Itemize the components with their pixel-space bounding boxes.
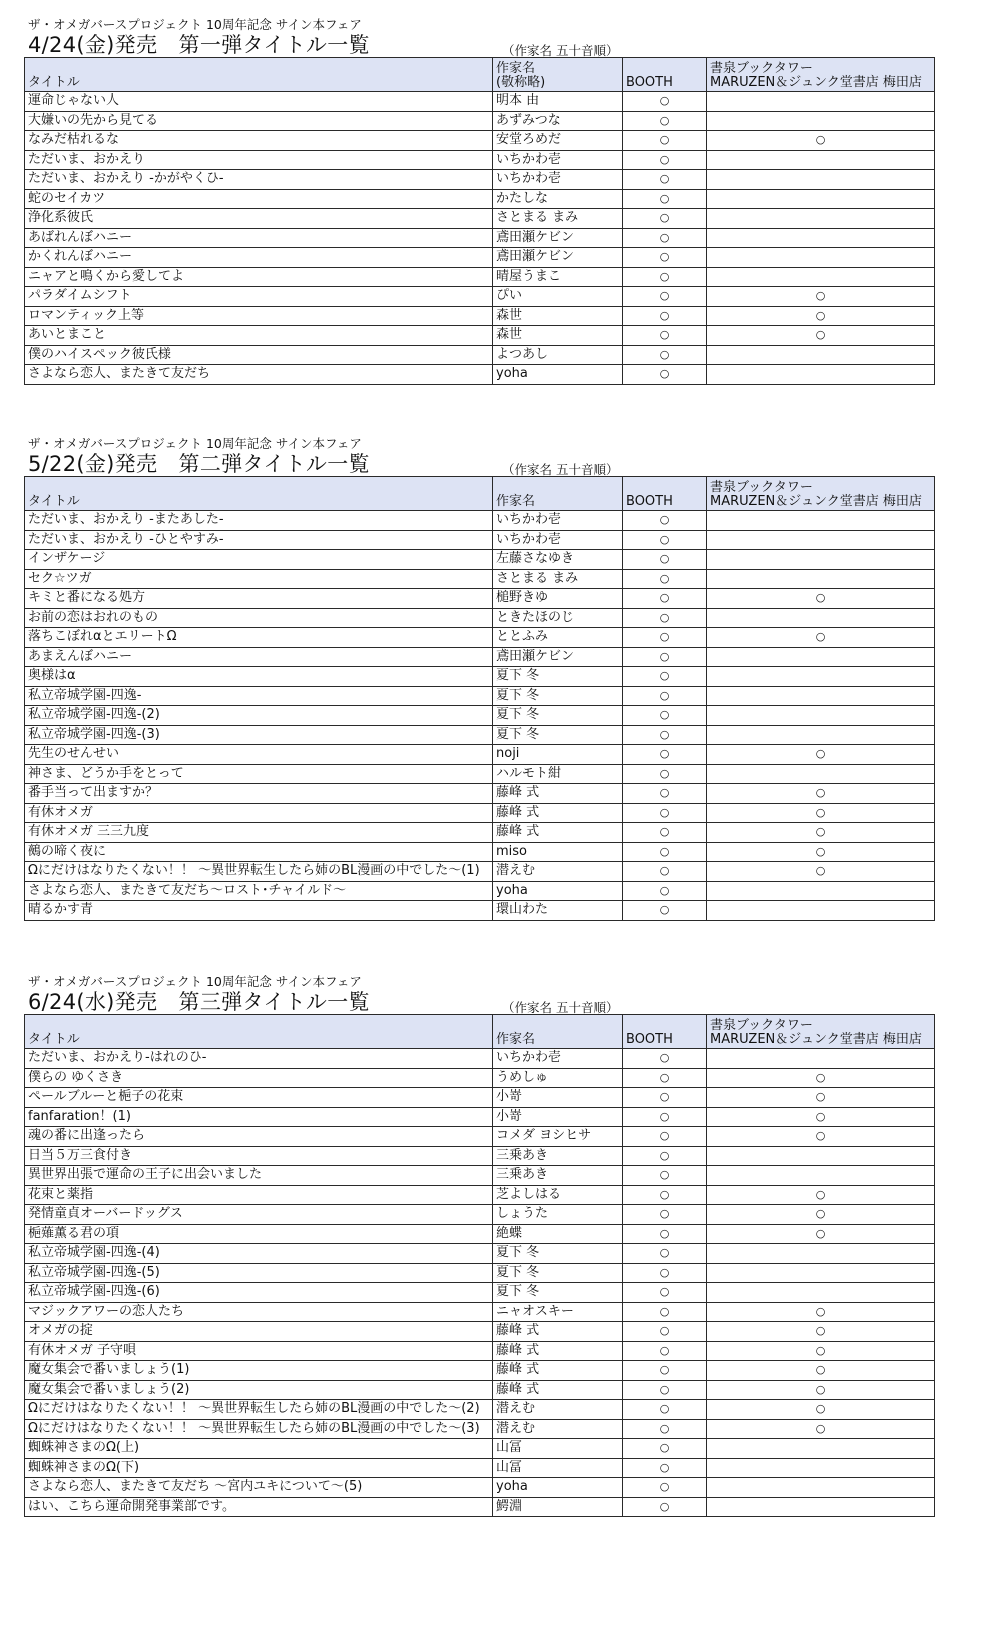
booth-availability-mark: ○ <box>623 608 707 628</box>
book-title: Ωにだけはなりたくない！！ ～異世界転生したら姉のBL漫画の中でした～(1) <box>25 862 493 882</box>
table-row: さよなら恋人、またきて友だちyoha○ <box>25 365 935 385</box>
book-title: 発情童貞オーバードッグス <box>25 1205 493 1225</box>
book-title: ロマンティック上等 <box>25 306 493 326</box>
table-row: あばれんぼハニー鳶田瀬ケビン○ <box>25 228 935 248</box>
author-name: コメダ ヨシヒサ <box>493 1127 623 1147</box>
booth-availability-mark: ○ <box>623 306 707 326</box>
store-availability-mark <box>707 228 935 248</box>
book-title: キミと番になる処方 <box>25 589 493 609</box>
booth-availability-mark: ○ <box>623 686 707 706</box>
booth-availability-mark: ○ <box>623 647 707 667</box>
booth-availability-mark: ○ <box>623 1107 707 1127</box>
author-name: ぴい <box>493 287 623 307</box>
booth-availability-mark: ○ <box>623 1341 707 1361</box>
book-title: ただいま、おかえり -かがやくひ- <box>25 170 493 190</box>
store-name-line2: MARUZEN＆ジュンク堂書店 梅田店 <box>710 1033 931 1047</box>
booth-availability-mark: ○ <box>623 1049 707 1069</box>
table-row: 落ちこぼれαとエリートΩととふみ○○ <box>25 628 935 648</box>
book-title: ただいま、おかえり-はれのひ- <box>25 1049 493 1069</box>
author-name: 鳶田瀬ケビン <box>493 647 623 667</box>
booth-availability-mark: ○ <box>623 1088 707 1108</box>
author-name: かたしな <box>493 189 623 209</box>
booth-availability-mark: ○ <box>623 365 707 385</box>
store-availability-mark: ○ <box>707 1068 935 1088</box>
store-availability-mark <box>707 189 935 209</box>
author-name: 森世 <box>493 306 623 326</box>
store-availability-mark <box>707 608 935 628</box>
table-row: 私立帝城学園-四逸-夏下 冬○ <box>25 686 935 706</box>
store-availability-mark <box>707 706 935 726</box>
author-name: 夏下 冬 <box>493 1244 623 1264</box>
author-name: しょうた <box>493 1205 623 1225</box>
store-name-line2: MARUZEN＆ジュンク堂書店 梅田店 <box>710 76 931 90</box>
store-availability-mark: ○ <box>707 1322 935 1342</box>
book-title: 有休オメガ <box>25 803 493 823</box>
booth-availability-mark: ○ <box>623 1458 707 1478</box>
booth-availability-mark: ○ <box>623 550 707 570</box>
table-row: ロマンティック上等森世○○ <box>25 306 935 326</box>
author-name: 山冨 <box>493 1439 623 1459</box>
booth-availability-mark: ○ <box>623 1497 707 1517</box>
store-availability-mark <box>707 1049 935 1069</box>
column-header-store: 書泉ブックタワーMARUZEN＆ジュンク堂書店 梅田店 <box>707 1015 935 1049</box>
store-availability-mark: ○ <box>707 1088 935 1108</box>
table-row: 有休オメガ 子守唄藤峰 式○○ <box>25 1341 935 1361</box>
table-row: 魂の番に出逢ったらコメダ ヨシヒサ○○ <box>25 1127 935 1147</box>
table-row: あいとまこと森世○○ <box>25 326 935 346</box>
booth-availability-mark: ○ <box>623 745 707 765</box>
book-title: さよなら恋人、またきて友だち ～宮内ユキについて～(5) <box>25 1478 493 1498</box>
table-row: 有休オメガ藤峰 式○○ <box>25 803 935 823</box>
table-row: 私立帝城学園-四逸-(3)夏下 冬○ <box>25 725 935 745</box>
book-title: 落ちこぼれαとエリートΩ <box>25 628 493 648</box>
author-name: 潜えむ <box>493 862 623 882</box>
author-name: 鳶田瀬ケビン <box>493 228 623 248</box>
booth-availability-mark: ○ <box>623 667 707 687</box>
book-title: ニャアと鳴くから愛してよ <box>25 267 493 287</box>
booth-availability-mark: ○ <box>623 511 707 531</box>
author-name: ととふみ <box>493 628 623 648</box>
booth-availability-mark: ○ <box>623 1302 707 1322</box>
table-row: 運命じゃない人明本 由○ <box>25 92 935 112</box>
author-name: yoha <box>493 1478 623 1498</box>
store-availability-mark <box>707 569 935 589</box>
store-availability-mark <box>707 667 935 687</box>
table-row: セク☆ツガさとまる まみ○ <box>25 569 935 589</box>
author-name: 藤峰 式 <box>493 1361 623 1381</box>
store-name-line1: 書泉ブックタワー <box>710 1019 931 1033</box>
store-availability-mark <box>707 248 935 268</box>
author-name: noji <box>493 745 623 765</box>
booth-availability-mark: ○ <box>623 1380 707 1400</box>
order-note: （作家名 五十音順） <box>502 41 618 59</box>
table-row: さよなら恋人、またきて友だち～ロスト･チャイルド～yoha○ <box>25 881 935 901</box>
store-availability-mark <box>707 1146 935 1166</box>
book-title: fanfaration！(1) <box>25 1107 493 1127</box>
fair-subtitle: ザ・オメガバースプロジェクト 10周年記念 サイン本フェア <box>28 436 934 452</box>
store-availability-mark <box>707 92 935 112</box>
table-row: 異世界出張で運命の王子に出会いました三乗あき○ <box>25 1166 935 1186</box>
table-row: ただいま、おかえりいちかわ壱○ <box>25 150 935 170</box>
book-title: 有休オメガ 子守唄 <box>25 1341 493 1361</box>
column-header-author: 作家名(敬称略) <box>493 58 623 92</box>
store-availability-mark: ○ <box>707 1419 935 1439</box>
table-row: 大嫌いの先から見てるあずみつな○ <box>25 111 935 131</box>
table-row: Ωにだけはなりたくない！！ ～異世界転生したら姉のBL漫画の中でした～(3)潜え… <box>25 1419 935 1439</box>
title-table: タイトル作家名BOOTH書泉ブックタワーMARUZEN＆ジュンク堂書店 梅田店 … <box>24 476 935 921</box>
book-title: なみだ枯れるな <box>25 131 493 151</box>
store-availability-mark <box>707 1497 935 1517</box>
author-name: 小嵜 <box>493 1088 623 1108</box>
author-name: さとまる まみ <box>493 209 623 229</box>
table-row: 番手当って出ますか？藤峰 式○○ <box>25 784 935 804</box>
book-title: はい、こちら運命開発事業部です。 <box>25 1497 493 1517</box>
author-name: ニャオスキー <box>493 1302 623 1322</box>
store-availability-mark <box>707 1263 935 1283</box>
fair-subtitle: ザ・オメガバースプロジェクト 10周年記念 サイン本フェア <box>28 17 934 33</box>
column-header-title: タイトル <box>25 58 493 92</box>
booth-availability-mark: ○ <box>623 150 707 170</box>
column-header-store: 書泉ブックタワーMARUZEN＆ジュンク堂書店 梅田店 <box>707 58 935 92</box>
book-title: セク☆ツガ <box>25 569 493 589</box>
booth-availability-mark: ○ <box>623 569 707 589</box>
store-availability-mark <box>707 764 935 784</box>
author-name: 小嵜 <box>493 1107 623 1127</box>
store-availability-mark <box>707 725 935 745</box>
store-availability-mark: ○ <box>707 1224 935 1244</box>
book-title: Ωにだけはなりたくない！！ ～異世界転生したら姉のBL漫画の中でした～(2) <box>25 1400 493 1420</box>
author-name: ときたほのじ <box>493 608 623 628</box>
author-name: 晴屋うまこ <box>493 267 623 287</box>
author-name: yoha <box>493 365 623 385</box>
booth-availability-mark: ○ <box>623 1068 707 1088</box>
column-header-booth: BOOTH <box>623 477 707 511</box>
store-availability-mark <box>707 345 935 365</box>
book-title: さよなら恋人、またきて友だち～ロスト･チャイルド～ <box>25 881 493 901</box>
book-title: 奥様はα <box>25 667 493 687</box>
booth-availability-mark: ○ <box>623 131 707 151</box>
store-availability-mark: ○ <box>707 1205 935 1225</box>
book-title: 有休オメガ 三三九度 <box>25 823 493 843</box>
store-availability-mark: ○ <box>707 784 935 804</box>
booth-availability-mark: ○ <box>623 267 707 287</box>
author-name: 三乗あき <box>493 1146 623 1166</box>
table-row: 鵺の啼く夜にmiso○○ <box>25 842 935 862</box>
store-availability-mark <box>707 1478 935 1498</box>
author-name: 絶蝶 <box>493 1224 623 1244</box>
book-title: お前の恋はおれのもの <box>25 608 493 628</box>
store-name-line1: 書泉ブックタワー <box>710 62 931 76</box>
table-row: Ωにだけはなりたくない！！ ～異世界転生したら姉のBL漫画の中でした～(2)潜え… <box>25 1400 935 1420</box>
table-row: ニャアと鳴くから愛してよ晴屋うまこ○ <box>25 267 935 287</box>
booth-availability-mark: ○ <box>623 1361 707 1381</box>
honorific-note: (敬称略) <box>496 76 619 90</box>
booth-availability-mark: ○ <box>623 881 707 901</box>
book-title: あまえんぼハニー <box>25 647 493 667</box>
table-row: 僕らの ゆくさきうめしゅ○○ <box>25 1068 935 1088</box>
booth-availability-mark: ○ <box>623 1185 707 1205</box>
store-availability-mark <box>707 209 935 229</box>
author-name: いちかわ壱 <box>493 150 623 170</box>
table-row: なみだ枯れるな安堂ろめだ○○ <box>25 131 935 151</box>
book-title: 梔薙薫る君の項 <box>25 1224 493 1244</box>
table-row: 私立帝城学園-四逸-(6)夏下 冬○ <box>25 1283 935 1303</box>
book-title: 魔女集会で番いましょう(2) <box>25 1380 493 1400</box>
fair-subtitle: ザ・オメガバースプロジェクト 10周年記念 サイン本フェア <box>28 974 934 990</box>
booth-availability-mark: ○ <box>623 1419 707 1439</box>
store-availability-mark: ○ <box>707 1302 935 1322</box>
author-name: 藤峰 式 <box>493 1341 623 1361</box>
store-availability-mark: ○ <box>707 1107 935 1127</box>
booth-availability-mark: ○ <box>623 842 707 862</box>
booth-availability-mark: ○ <box>623 862 707 882</box>
header-row: タイトル作家名BOOTH書泉ブックタワーMARUZEN＆ジュンク堂書店 梅田店 <box>25 1015 935 1049</box>
column-header-author: 作家名 <box>493 477 623 511</box>
booth-availability-mark: ○ <box>623 92 707 112</box>
author-name: 安堂ろめだ <box>493 131 623 151</box>
book-title: 魔女集会で番いましょう(1) <box>25 1361 493 1381</box>
book-title: 私立帝城学園-四逸-(3) <box>25 725 493 745</box>
author-name: いちかわ壱 <box>493 511 623 531</box>
column-header-store: 書泉ブックタワーMARUZEN＆ジュンク堂書店 梅田店 <box>707 477 935 511</box>
store-availability-mark: ○ <box>707 1341 935 1361</box>
author-name: 夏下 冬 <box>493 1283 623 1303</box>
author-label: 作家名 <box>496 62 619 76</box>
store-availability-mark: ○ <box>707 745 935 765</box>
table-row: ただいま、おかえり -ひとやすみ-いちかわ壱○ <box>25 530 935 550</box>
store-availability-mark <box>707 1166 935 1186</box>
author-name: ハルモト紺 <box>493 764 623 784</box>
table-row: ペールブルーと梔子の花束小嵜○○ <box>25 1088 935 1108</box>
book-title: 私立帝城学園-四逸- <box>25 686 493 706</box>
book-title: 蛇のセイカツ <box>25 189 493 209</box>
book-title: インザケージ <box>25 550 493 570</box>
store-availability-mark <box>707 365 935 385</box>
table-row: かくれんぼハニー鳶田瀬ケビン○ <box>25 248 935 268</box>
table-row: 私立帝城学園-四逸-(4)夏下 冬○ <box>25 1244 935 1264</box>
author-name: 槌野きゆ <box>493 589 623 609</box>
book-title: 番手当って出ますか？ <box>25 784 493 804</box>
table-row: 発情童貞オーバードッグスしょうた○○ <box>25 1205 935 1225</box>
author-name: 鰐淵 <box>493 1497 623 1517</box>
booth-availability-mark: ○ <box>623 1205 707 1225</box>
book-title: 日当５万三食付き <box>25 1146 493 1166</box>
book-title: 蜘蛛神さまのΩ(上) <box>25 1439 493 1459</box>
store-availability-mark <box>707 150 935 170</box>
column-header-booth: BOOTH <box>623 58 707 92</box>
store-availability-mark <box>707 550 935 570</box>
store-availability-mark <box>707 267 935 287</box>
author-name: 森世 <box>493 326 623 346</box>
table-row: お前の恋はおれのものときたほのじ○ <box>25 608 935 628</box>
author-name: 夏下 冬 <box>493 667 623 687</box>
book-title: 花束と薬指 <box>25 1185 493 1205</box>
store-availability-mark <box>707 1458 935 1478</box>
order-note: （作家名 五十音順） <box>502 460 618 478</box>
section-first-release: ザ・オメガバースプロジェクト 10周年記念 サイン本フェア 4/24(金)発売 … <box>24 17 934 385</box>
store-availability-mark <box>707 1244 935 1264</box>
booth-availability-mark: ○ <box>623 823 707 843</box>
author-name: 藤峰 式 <box>493 1322 623 1342</box>
booth-availability-mark: ○ <box>623 287 707 307</box>
author-name: 藤峰 式 <box>493 784 623 804</box>
author-name: よつあし <box>493 345 623 365</box>
author-name: 藤峰 式 <box>493 803 623 823</box>
author-name: yoha <box>493 881 623 901</box>
book-title: 私立帝城学園-四逸-(2) <box>25 706 493 726</box>
author-name: 潜えむ <box>493 1419 623 1439</box>
store-availability-mark: ○ <box>707 823 935 843</box>
table-row: 蜘蛛神さまのΩ(上)山冨○ <box>25 1439 935 1459</box>
store-availability-mark: ○ <box>707 862 935 882</box>
booth-availability-mark: ○ <box>623 248 707 268</box>
column-header-title: タイトル <box>25 477 493 511</box>
section-second-release: ザ・オメガバースプロジェクト 10周年記念 サイン本フェア 5/22(金)発売 … <box>24 436 934 921</box>
author-name: 藤峰 式 <box>493 823 623 843</box>
title-table: タイトル作家名(敬称略)BOOTH書泉ブックタワーMARUZEN＆ジュンク堂書店… <box>24 57 935 385</box>
book-title: 運命じゃない人 <box>25 92 493 112</box>
booth-availability-mark: ○ <box>623 1322 707 1342</box>
store-availability-mark <box>707 686 935 706</box>
table-row: パラダイムシフトぴい○○ <box>25 287 935 307</box>
book-title: 神さま、どうか手をとって <box>25 764 493 784</box>
table-row: fanfaration！(1)小嵜○○ <box>25 1107 935 1127</box>
author-name: 鳶田瀬ケビン <box>493 248 623 268</box>
booth-availability-mark: ○ <box>623 725 707 745</box>
booth-availability-mark: ○ <box>623 784 707 804</box>
book-title: 晴るかす青 <box>25 901 493 921</box>
table-row: 神さま、どうか手をとってハルモト紺○ <box>25 764 935 784</box>
author-name: 潜えむ <box>493 1400 623 1420</box>
table-row: 浄化系彼氏さとまる まみ○ <box>25 209 935 229</box>
booth-availability-mark: ○ <box>623 530 707 550</box>
table-row: ただいま、おかえり-はれのひ-いちかわ壱○ <box>25 1049 935 1069</box>
book-title: パラダイムシフト <box>25 287 493 307</box>
store-availability-mark: ○ <box>707 326 935 346</box>
store-availability-mark <box>707 647 935 667</box>
heading-row: 4/24(金)発売 第一弾タイトル一覧 （作家名 五十音順） <box>24 33 934 57</box>
booth-availability-mark: ○ <box>623 111 707 131</box>
author-name: うめしゅ <box>493 1068 623 1088</box>
booth-availability-mark: ○ <box>623 209 707 229</box>
author-name: 山冨 <box>493 1458 623 1478</box>
author-name: 夏下 冬 <box>493 1263 623 1283</box>
booth-availability-mark: ○ <box>623 1127 707 1147</box>
section-title: 4/24(金)発売 第一弾タイトル一覧 <box>28 33 934 57</box>
table-row: 魔女集会で番いましょう(1)藤峰 式○○ <box>25 1361 935 1381</box>
book-title: 魂の番に出逢ったら <box>25 1127 493 1147</box>
booth-availability-mark: ○ <box>623 326 707 346</box>
table-row: インザケージ左藤さなゆき○ <box>25 550 935 570</box>
table-row: 私立帝城学園-四逸-(5)夏下 冬○ <box>25 1263 935 1283</box>
book-title: 大嫌いの先から見てる <box>25 111 493 131</box>
order-note: （作家名 五十音順） <box>502 998 618 1016</box>
book-title: オメガの掟 <box>25 1322 493 1342</box>
column-header-author: 作家名 <box>493 1015 623 1049</box>
store-availability-mark <box>707 530 935 550</box>
table-row: ただいま、おかえり -またあした-いちかわ壱○ <box>25 511 935 531</box>
book-title: さよなら恋人、またきて友だち <box>25 365 493 385</box>
store-availability-mark <box>707 170 935 190</box>
booth-availability-mark: ○ <box>623 228 707 248</box>
table-row: 魔女集会で番いましょう(2)藤峰 式○○ <box>25 1380 935 1400</box>
store-availability-mark: ○ <box>707 589 935 609</box>
store-availability-mark: ○ <box>707 1127 935 1147</box>
table-row: オメガの掟藤峰 式○○ <box>25 1322 935 1342</box>
book-title: Ωにだけはなりたくない！！ ～異世界転生したら姉のBL漫画の中でした～(3) <box>25 1419 493 1439</box>
booth-availability-mark: ○ <box>623 1263 707 1283</box>
author-label: 作家名 <box>496 495 619 509</box>
section-title: 6/24(水)発売 第三弾タイトル一覧 <box>28 990 934 1014</box>
author-name: 三乗あき <box>493 1166 623 1186</box>
booth-availability-mark: ○ <box>623 1439 707 1459</box>
table-row: 蛇のセイカツかたしな○ <box>25 189 935 209</box>
column-header-title: タイトル <box>25 1015 493 1049</box>
title-table: タイトル作家名BOOTH書泉ブックタワーMARUZEN＆ジュンク堂書店 梅田店 … <box>24 1014 935 1517</box>
book-title: 鵺の啼く夜に <box>25 842 493 862</box>
table-row: 私立帝城学園-四逸-(2)夏下 冬○ <box>25 706 935 726</box>
author-name: miso <box>493 842 623 862</box>
booth-availability-mark: ○ <box>623 170 707 190</box>
booth-availability-mark: ○ <box>623 1166 707 1186</box>
store-availability-mark: ○ <box>707 287 935 307</box>
booth-availability-mark: ○ <box>623 1478 707 1498</box>
booth-availability-mark: ○ <box>623 1244 707 1264</box>
section-third-release: ザ・オメガバースプロジェクト 10周年記念 サイン本フェア 6/24(水)発売 … <box>24 974 934 1517</box>
section-title: 5/22(金)発売 第二弾タイトル一覧 <box>28 452 934 476</box>
book-title: 僕らの ゆくさき <box>25 1068 493 1088</box>
author-label: 作家名 <box>496 1033 619 1047</box>
store-availability-mark: ○ <box>707 1185 935 1205</box>
table-row: キミと番になる処方槌野きゆ○○ <box>25 589 935 609</box>
author-name: 環山わた <box>493 901 623 921</box>
store-availability-mark <box>707 881 935 901</box>
store-name-line2: MARUZEN＆ジュンク堂書店 梅田店 <box>710 495 931 509</box>
author-name: いちかわ壱 <box>493 1049 623 1069</box>
book-title: マジックアワーの恋人たち <box>25 1302 493 1322</box>
book-title: 僕のハイスペック彼氏様 <box>25 345 493 365</box>
book-title: かくれんぼハニー <box>25 248 493 268</box>
booth-availability-mark: ○ <box>623 706 707 726</box>
store-availability-mark: ○ <box>707 842 935 862</box>
table-row: 花束と薬指芝よしはる○○ <box>25 1185 935 1205</box>
store-availability-mark: ○ <box>707 1361 935 1381</box>
header-row: タイトル作家名(敬称略)BOOTH書泉ブックタワーMARUZEN＆ジュンク堂書店… <box>25 58 935 92</box>
book-title: 私立帝城学園-四逸-(6) <box>25 1283 493 1303</box>
author-name: 明本 由 <box>493 92 623 112</box>
table-row: 蜘蛛神さまのΩ(下)山冨○ <box>25 1458 935 1478</box>
book-title: ただいま、おかえり -またあした- <box>25 511 493 531</box>
author-name: 夏下 冬 <box>493 725 623 745</box>
book-title: ただいま、おかえり <box>25 150 493 170</box>
store-name-line1: 書泉ブックタワー <box>710 481 931 495</box>
booth-availability-mark: ○ <box>623 1224 707 1244</box>
booth-availability-mark: ○ <box>623 803 707 823</box>
booth-availability-mark: ○ <box>623 1283 707 1303</box>
heading-row: 5/22(金)発売 第二弾タイトル一覧 （作家名 五十音順） <box>24 452 934 476</box>
booth-availability-mark: ○ <box>623 189 707 209</box>
book-title: あばれんぼハニー <box>25 228 493 248</box>
book-title: 私立帝城学園-四逸-(5) <box>25 1263 493 1283</box>
author-name: 藤峰 式 <box>493 1380 623 1400</box>
book-title: 蜘蛛神さまのΩ(下) <box>25 1458 493 1478</box>
store-availability-mark: ○ <box>707 1380 935 1400</box>
table-row: 奥様はα夏下 冬○ <box>25 667 935 687</box>
store-availability-mark <box>707 901 935 921</box>
table-row: はい、こちら運命開発事業部です。鰐淵○ <box>25 1497 935 1517</box>
column-header-booth: BOOTH <box>623 1015 707 1049</box>
booth-availability-mark: ○ <box>623 1146 707 1166</box>
